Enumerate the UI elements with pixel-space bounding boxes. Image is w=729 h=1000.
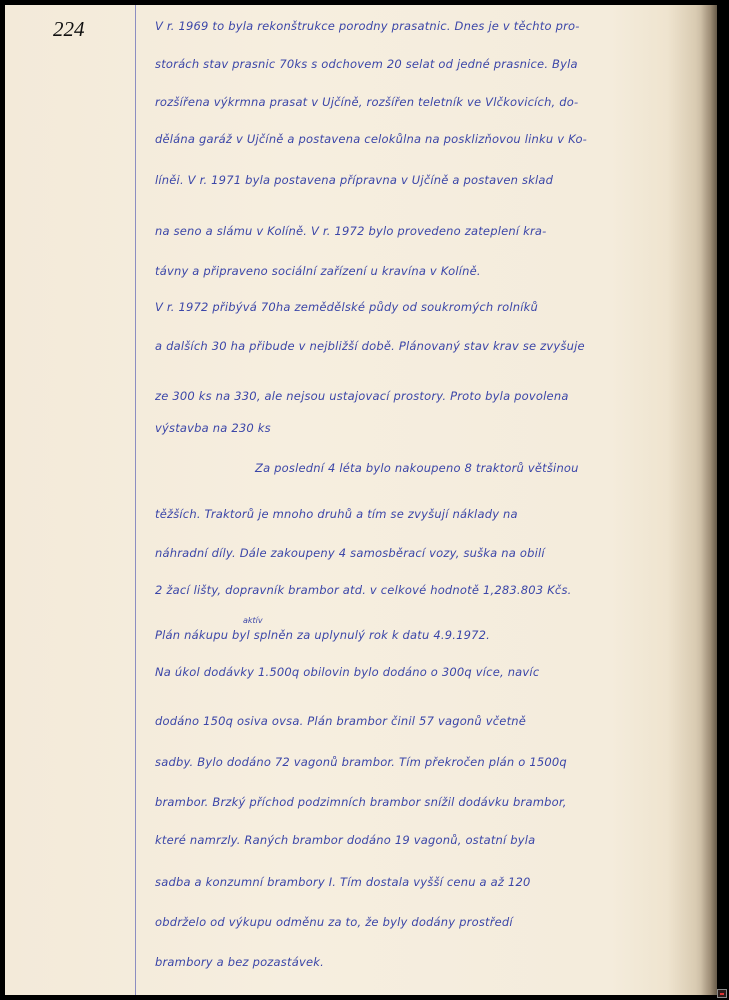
page-number: 224 — [53, 17, 85, 42]
text-line: výstavba na 230 ks — [155, 421, 271, 435]
text-line: storách stav prasnic 70ks s odchovem 20 … — [155, 57, 578, 71]
text-line: dodáno 150q osiva ovsa. Plán brambor čin… — [155, 714, 526, 728]
text-line: na seno a slámu v Kolíně. V r. 1972 bylo… — [155, 224, 547, 238]
text-line: 2 žací lišty, dopravník brambor atd. v c… — [155, 583, 572, 597]
text-line: náhradní díly. Dále zakoupeny 4 samosběr… — [155, 546, 545, 560]
text-line: V r. 1972 přibývá 70ha zemědělské půdy o… — [155, 300, 538, 314]
text-line: těžších. Traktorů je mnoho druhů a tím s… — [155, 507, 518, 521]
text-line: líněi. V r. 1971 byla postavena přípravn… — [155, 173, 553, 187]
margin-line — [135, 5, 136, 995]
text-line: obdrželo od výkupu odměnu za to, že byly… — [155, 915, 513, 929]
page-binding-shadow — [701, 5, 717, 995]
text-line: sadba a konzumní brambory I. Tím dostala… — [155, 875, 531, 889]
text-line: Plán nákupu byl splněn za uplynulý rok k… — [155, 628, 490, 642]
text-line: sadby. Bylo dodáno 72 vagonů brambor. Tí… — [155, 755, 567, 769]
text-line: brambory a bez pozastávek. — [155, 955, 324, 969]
scanned-page: 224 V r. 1969 to byla rekonštrukce porod… — [5, 5, 717, 995]
text-line: ze 300 ks na 330, ale nejsou ustajovací … — [155, 389, 569, 403]
text-line: rozšířena výkrmna prasat v Ujčíně, rozší… — [155, 95, 578, 109]
handwritten-annotation: aktív — [243, 616, 263, 625]
minimize-icon[interactable] — [717, 989, 727, 998]
text-line: V r. 1969 to byla rekonštrukce porodny p… — [155, 19, 580, 33]
text-line: Na úkol dodávky 1.500q obilovin bylo dod… — [155, 665, 539, 679]
text-line: Za poslední 4 léta bylo nakoupeno 8 trak… — [255, 461, 579, 475]
text-line: távny a připraveno sociální zařízení u k… — [155, 264, 481, 278]
text-line: brambor. Brzký příchod podzimních brambo… — [155, 795, 567, 809]
text-line: a dalších 30 ha přibude v nejbližší době… — [155, 339, 585, 353]
text-line: dělána garáž v Ujčíně a postavena celoků… — [155, 132, 587, 146]
text-line: které namrzly. Raných brambor dodáno 19 … — [155, 833, 535, 847]
